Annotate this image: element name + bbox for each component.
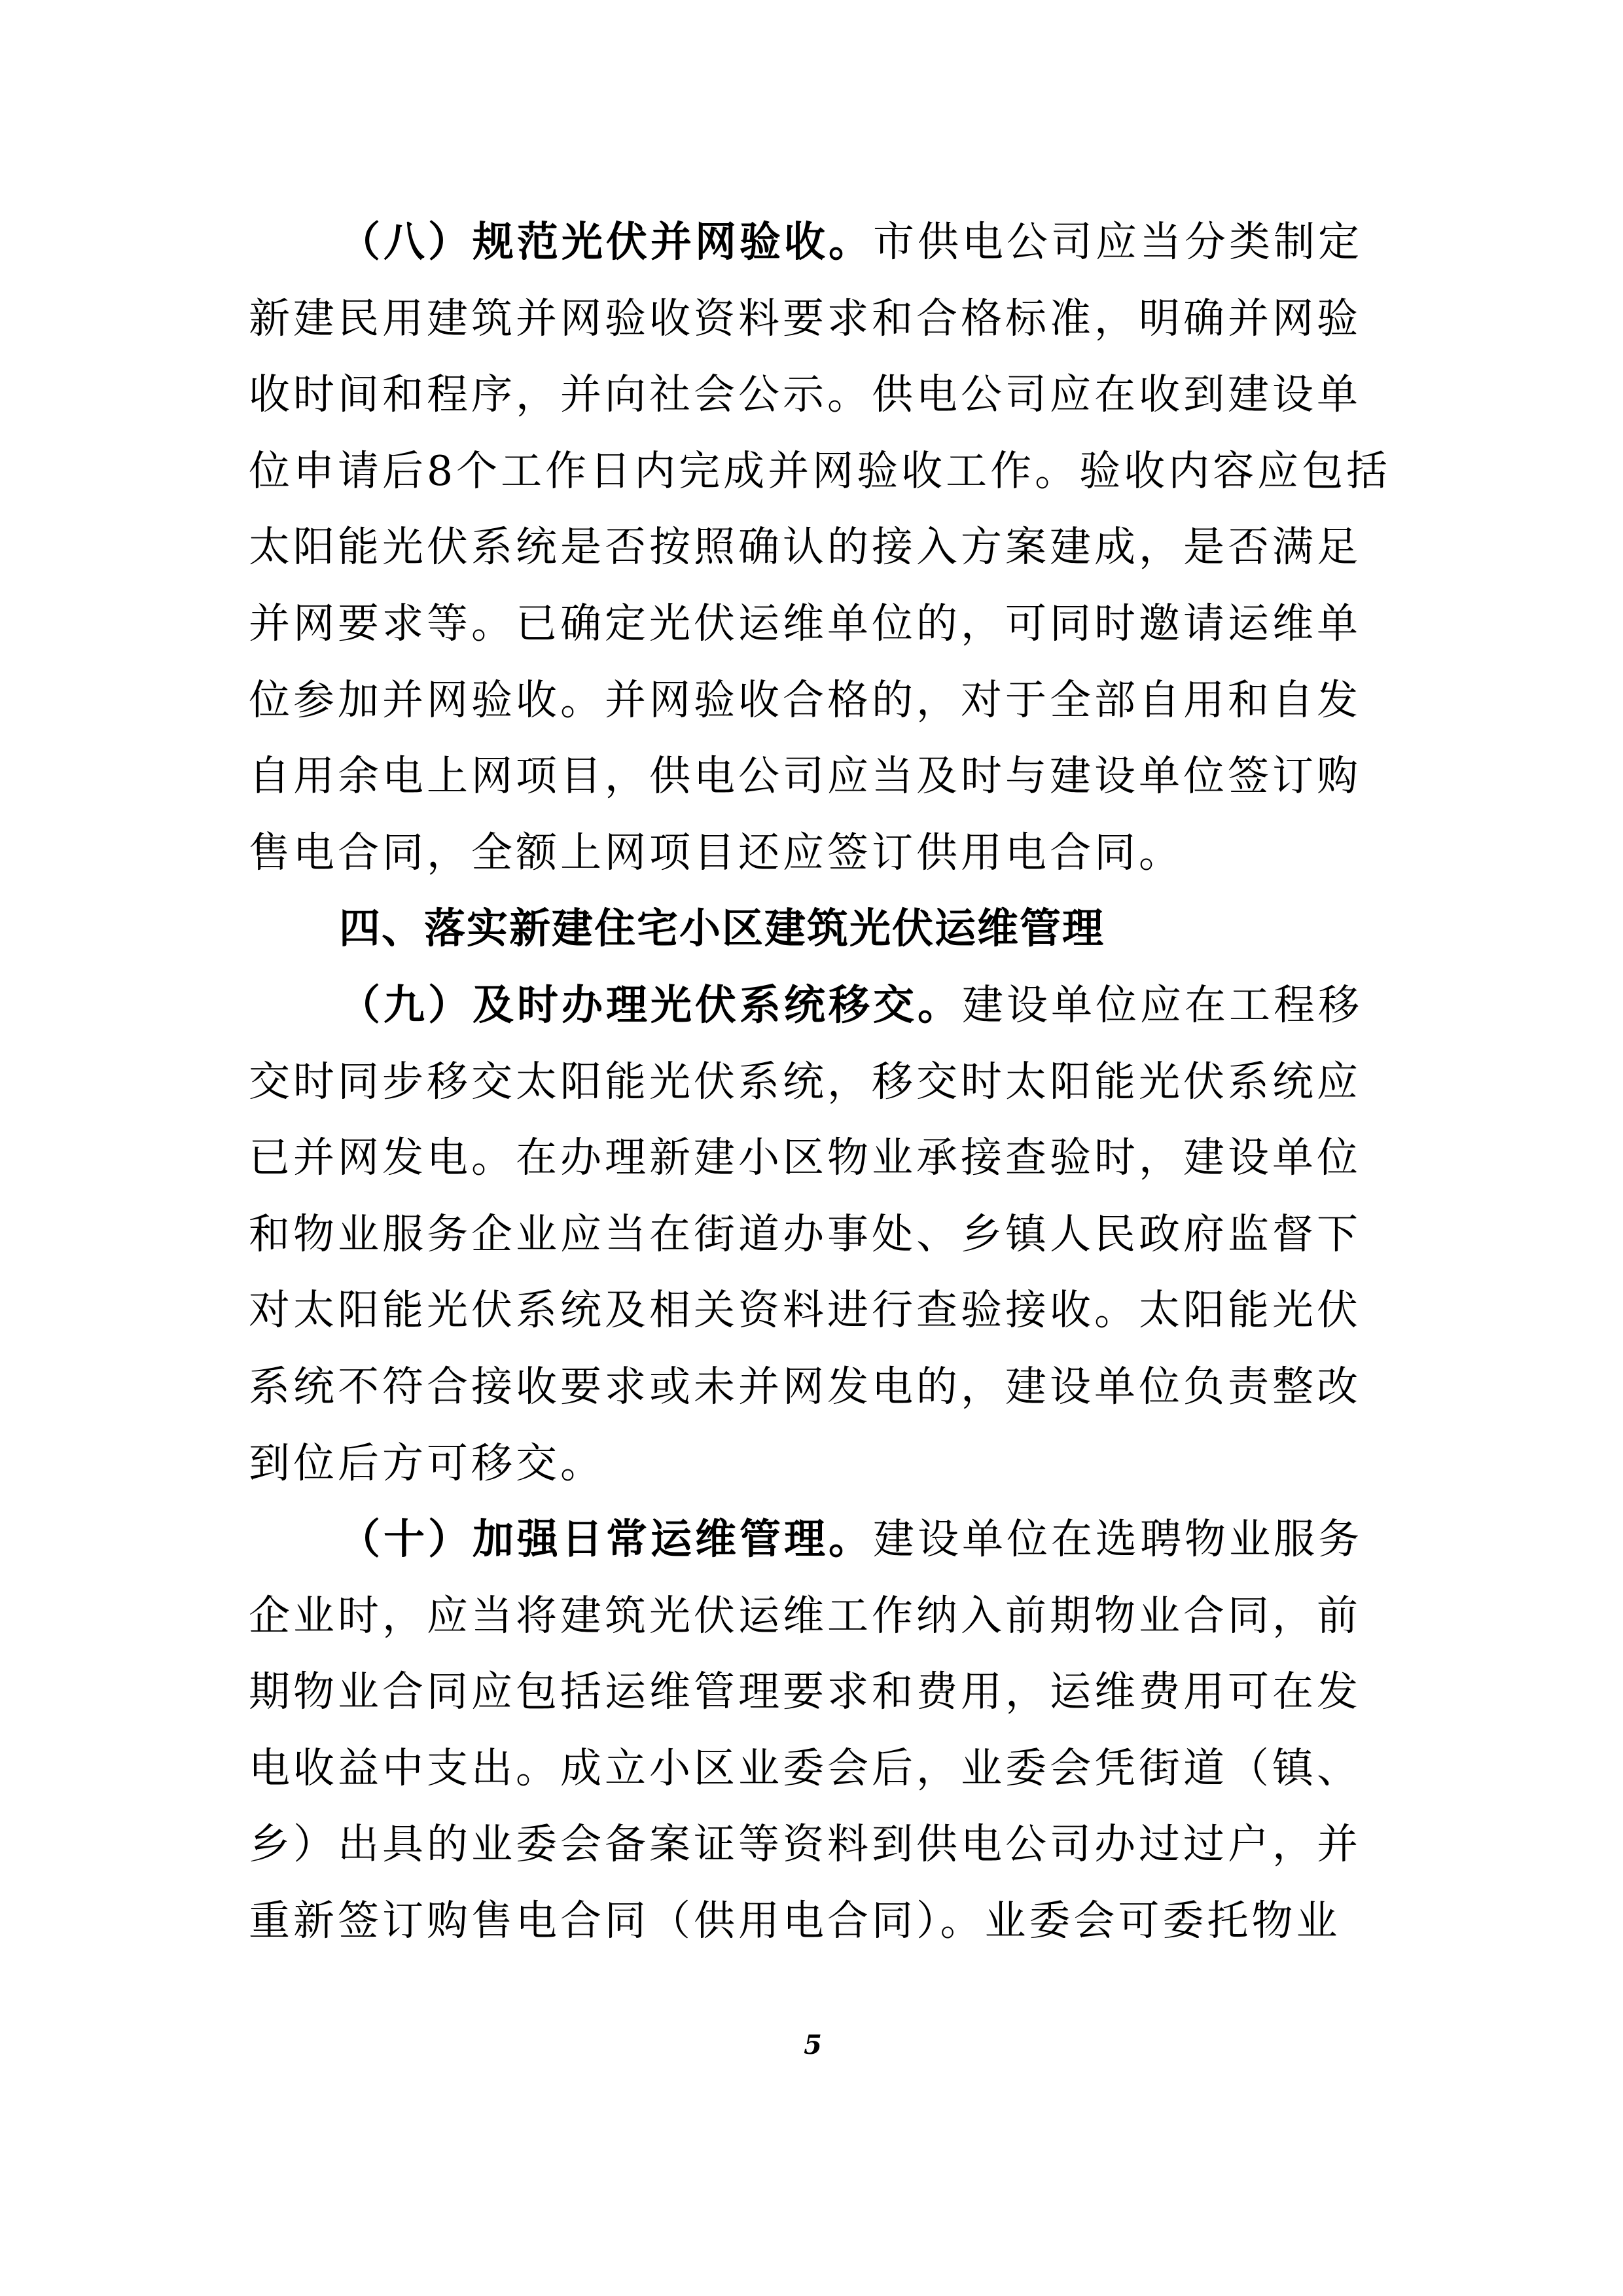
paragraph-line: 新建民用建筑并网验收资料要求和合格标准，明确并网验 — [249, 281, 1336, 357]
paragraph-line: 和物业服务企业应当在街道办事处、乡镇人民政府监督下 — [249, 1196, 1336, 1273]
page-number: 5 — [800, 2029, 826, 2062]
paragraph-line: 对太阳能光伏系统及相关资料进行查验接收。太阳能光伏 — [249, 1272, 1336, 1349]
paragraph-line: 位申请后8个工作日内完成并网验收工作。验收内容应包括 — [249, 433, 1336, 510]
section-heading: 四、落实新建住宅小区建筑光伏运维管理 — [249, 891, 1336, 967]
section-10-text: 建设单位在选聘物业服务 — [873, 1515, 1363, 1563]
section-8-first-line: （八）规范光伏并网验收。市供电公司应当分类制定 — [249, 204, 1336, 281]
document-page: （八）规范光伏并网验收。市供电公司应当分类制定 新建民用建筑并网验收资料要求和合… — [0, 0, 1623, 2296]
paragraph-line: 电收益中支出。成立小区业委会后，业委会凭街道（镇、 — [249, 1731, 1336, 1807]
paragraph-line: 太阳能光伏系统是否按照确认的接入方案建成，是否满足 — [249, 509, 1336, 586]
section-9-text: 建设单位应在工程移 — [962, 981, 1363, 1029]
paragraph-line: 到位后方可移交。 — [249, 1426, 1336, 1502]
body-text: （八）规范光伏并网验收。市供电公司应当分类制定 新建民用建筑并网验收资料要求和合… — [249, 204, 1336, 1960]
paragraph-line: 企业时，应当将建筑光伏运维工作纳入前期物业合同，前 — [249, 1578, 1336, 1655]
paragraph-line: 自用余电上网项目，供电公司应当及时与建设单位签订购 — [249, 738, 1336, 815]
paragraph-line: 期物业合同应包括运维管理要求和费用，运维费用可在发 — [249, 1654, 1336, 1731]
section-10-first-line: （十）加强日常运维管理。建设单位在选聘物业服务 — [249, 1501, 1336, 1578]
paragraph-line: 位参加并网验收。并网验收合格的，对于全部自用和自发 — [249, 662, 1336, 739]
paragraph-line: 交时同步移交太阳能光伏系统，移交时太阳能光伏系统应 — [249, 1044, 1336, 1121]
paragraph-line: 收时间和程序，并向社会公示。供电公司应在收到建设单 — [249, 357, 1336, 433]
paragraph-line: 系统不符合接收要求或未并网发电的，建设单位负责整改 — [249, 1349, 1336, 1426]
section-9-title: （九）及时办理光伏系统移交。 — [339, 981, 962, 1029]
section-8-title: （八）规范光伏并网验收。 — [339, 218, 873, 266]
paragraph-line: 重新签订购售电合同（供用电合同）。业委会可委托物业 — [249, 1883, 1336, 1960]
section-10-title: （十）加强日常运维管理。 — [339, 1515, 873, 1563]
paragraph-line: 已并网发电。在办理新建小区物业承接查验时，建设单位 — [249, 1120, 1336, 1196]
section-9-first-line: （九）及时办理光伏系统移交。建设单位应在工程移 — [249, 967, 1336, 1044]
paragraph-line: 并网要求等。已确定光伏运维单位的，可同时邀请运维单 — [249, 586, 1336, 662]
paragraph-line: 售电合同，全额上网项目还应签订供用电合同。 — [249, 815, 1336, 891]
section-8-text: 市供电公司应当分类制定 — [873, 218, 1363, 266]
paragraph-line: 乡）出具的业委会备案证等资料到供电公司办过过户，并 — [249, 1806, 1336, 1883]
